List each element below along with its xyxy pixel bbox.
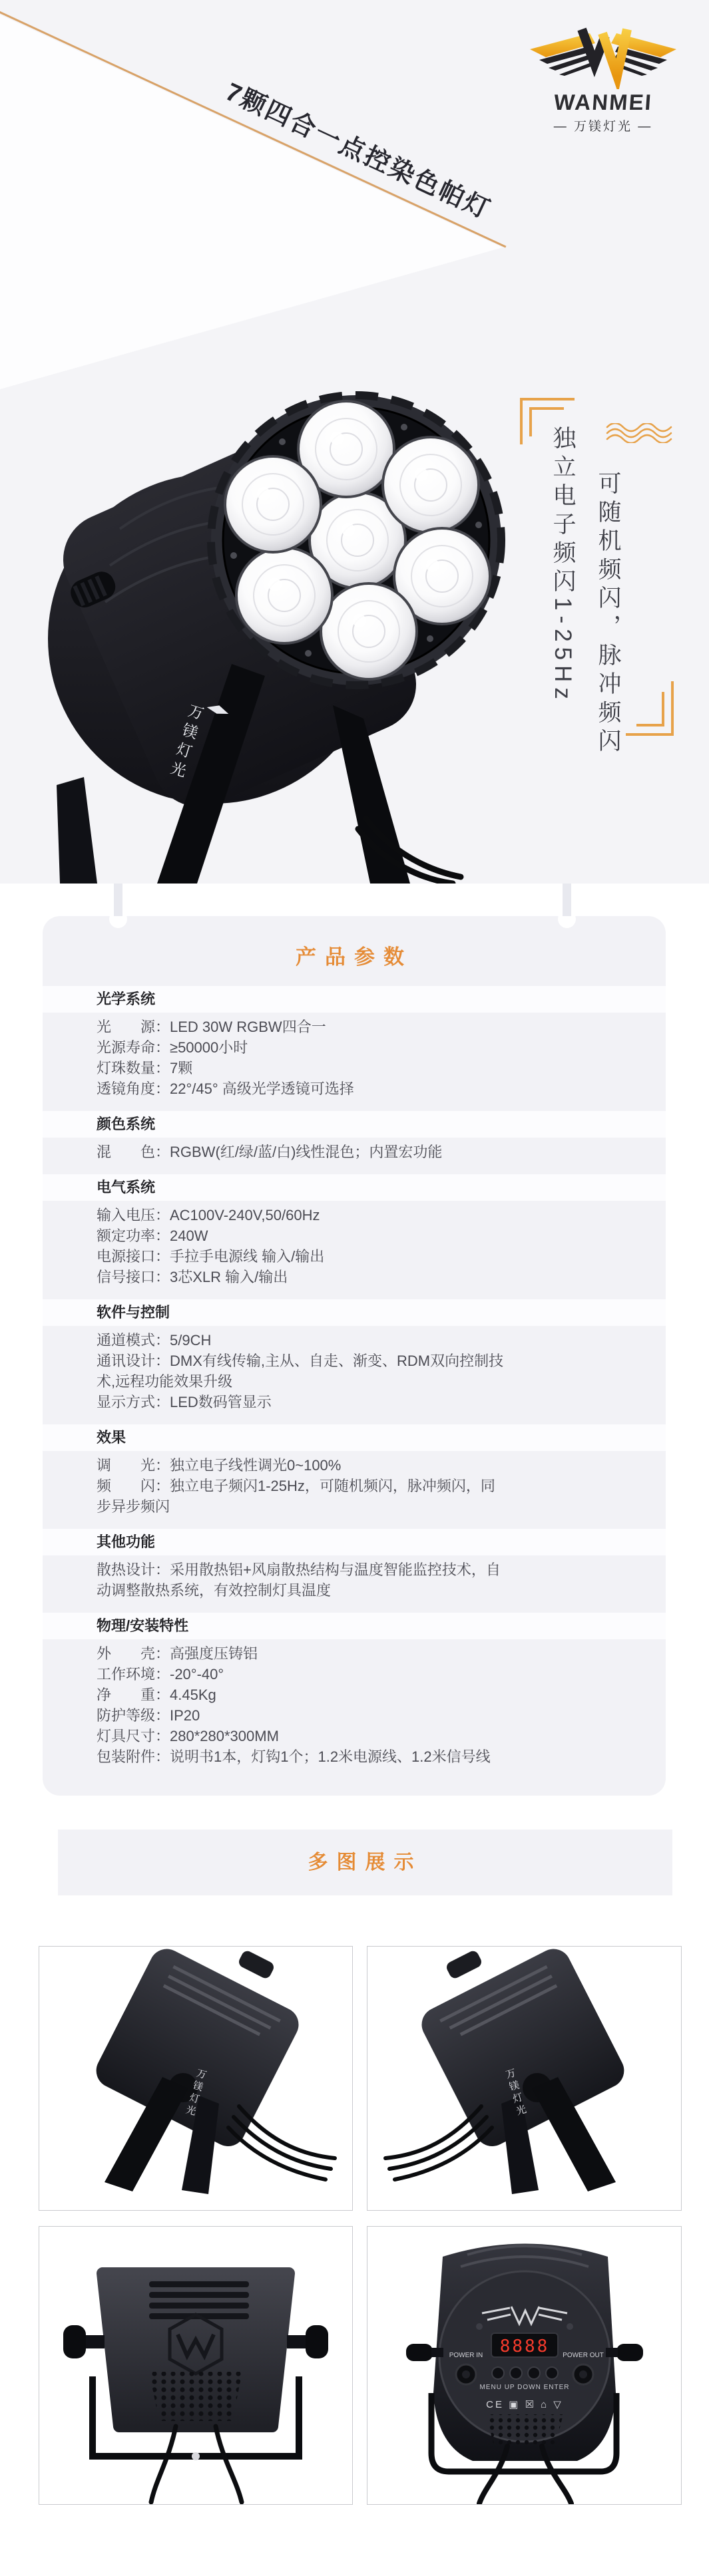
param-section: 光学系统 光 源：LED 30W RGBW四合一光源寿命：≥50000小时灯珠数… — [43, 986, 666, 1111]
wave-icon — [606, 423, 674, 443]
param-row: 工作环境：-20°-40° — [97, 1664, 509, 1685]
param-section: 其他功能 散热设计：采用散热铝+风扇散热结构与温度智能监控技术，自动调整散热系统… — [43, 1529, 666, 1613]
param-section-rows: 混 色：RGBW(红/绿/蓝/白)线性混色；内置宏功能 — [43, 1138, 666, 1174]
param-row: 净 重：4.45Kg — [97, 1685, 509, 1705]
slogan-strobe-modes: 可随机频闪，脉冲频闪 — [591, 471, 624, 757]
product-params-card: 产品参数 光学系统 光 源：LED 30W RGBW四合一光源寿命：≥50000… — [43, 916, 666, 1796]
param-row: 透镜角度：22°/45° 高级光学透镜可选择 — [97, 1078, 509, 1099]
gallery-title-band: 多图展示 — [58, 1830, 672, 1895]
param-row: 信号接口：3芯XLR 输入/输出 — [97, 1267, 509, 1287]
param-section: 效果 调 光：独立电子线性调光0~100%频 闪：独立电子频闪1-25Hz，可随… — [43, 1424, 666, 1529]
corner-bracket-br-icon — [624, 680, 674, 736]
slogan-strobe-range: 独立电子频闪1-25Hz — [546, 426, 579, 705]
param-row: 混 色：RGBW(红/绿/蓝/白)线性混色；内置宏功能 — [97, 1142, 509, 1162]
param-section-rows: 外 壳：高强度压铸铝工作环境：-20°-40°净 重：4.45Kg防护等级：IP… — [43, 1639, 666, 1779]
param-row: 外 壳：高强度压铸铝 — [97, 1643, 509, 1664]
param-row: 通道模式：5/9CH — [97, 1330, 509, 1351]
param-row: 额定功率：240W — [97, 1225, 509, 1246]
product-photo-main — [20, 359, 513, 884]
param-row: 频 闪：独立电子频闪1-25Hz，可随机频闪，脉冲频闪，同步异步频闪 — [97, 1476, 509, 1517]
param-section: 物理/安装特性 外 壳：高强度压铸铝工作环境：-20°-40°净 重：4.45K… — [43, 1613, 666, 1779]
param-row: 散热设计：采用散热铝+风扇散热结构与温度智能监控技术，自动调整散热系统，有效控制… — [97, 1559, 509, 1601]
param-section-rows: 输入电压：AC100V-240V,50/60Hz额定功率：240W电源接口：手拉… — [43, 1201, 666, 1299]
param-section-title: 其他功能 — [43, 1529, 666, 1555]
param-section-rows: 光 源：LED 30W RGBW四合一光源寿命：≥50000小时灯珠数量：7颗透… — [43, 1013, 666, 1111]
led-display: 8888 — [500, 2336, 550, 2356]
param-section: 电气系统 输入电压：AC100V-240V,50/60Hz额定功率：240W电源… — [43, 1174, 666, 1299]
param-row: 光 源：LED 30W RGBW四合一 — [97, 1017, 509, 1037]
power-in-label: POWER IN — [449, 2352, 483, 2359]
param-row: 灯珠数量：7颗 — [97, 1058, 509, 1078]
param-row: 调 光：独立电子线性调光0~100% — [97, 1455, 509, 1476]
gallery-title: 多图展示 — [58, 1830, 672, 1895]
param-row: 灯具尺寸：280*280*300MM — [97, 1726, 509, 1746]
param-section-title: 物理/安装特性 — [43, 1613, 666, 1639]
param-row: 输入电压：AC100V-240V,50/60Hz — [97, 1205, 509, 1225]
param-row: 通讯设计：DMX有线传输,主从、自走、渐变、RDM双向控制技术,远程功能效果升级 — [97, 1351, 509, 1392]
brand-logo: WANMEI — 万镁灯光 — — [526, 20, 680, 134]
param-sections: 光学系统 光 源：LED 30W RGBW四合一光源寿命：≥50000小时灯珠数… — [43, 986, 666, 1779]
product-detail-page: 7颗四合一点控染色帕灯 — [0, 0, 709, 2576]
brand-name: WANMEI — [525, 90, 682, 115]
param-section: 软件与控制 通道模式：5/9CH通讯设计：DMX有线传输,主从、自走、渐变、RD… — [43, 1299, 666, 1424]
gallery-image-side-right — [367, 1946, 682, 2211]
hero-section: 7颗四合一点控染色帕灯 — [0, 0, 709, 884]
wanmei-wings-icon — [526, 20, 680, 89]
param-section-title: 效果 — [43, 1424, 666, 1451]
power-out-label: POWER OUT — [563, 2352, 604, 2359]
button-labels: MENU UP DOWN ENTER — [479, 2384, 569, 2391]
param-section-rows: 散热设计：采用散热铝+风扇散热结构与温度智能监控技术，自动调整散热系统，有效控制… — [43, 1555, 666, 1613]
param-section-rows: 通道模式：5/9CH通讯设计：DMX有线传输,主从、自走、渐变、RDM双向控制技… — [43, 1326, 666, 1424]
param-section-title: 电气系统 — [43, 1174, 666, 1201]
brand-name-chinese: — 万镁灯光 — — [526, 116, 680, 134]
param-section-rows: 调 光：独立电子线性调光0~100%频 闪：独立电子频闪1-25Hz，可随机频闪… — [43, 1451, 666, 1529]
cert-marks: CE ▣ ☒ ⌂ ▽ — [486, 2399, 563, 2410]
param-row: 光源寿命：≥50000小时 — [97, 1037, 509, 1058]
gallery-image-rear-horizontal — [39, 2226, 353, 2505]
param-row: 显示方式：LED数码管显示 — [97, 1392, 509, 1412]
param-row: 防护等级：IP20 — [97, 1705, 509, 1726]
param-section: 颜色系统 混 色：RGBW(红/绿/蓝/白)线性混色；内置宏功能 — [43, 1111, 666, 1174]
param-row: 电源接口：手拉手电源线 输入/输出 — [97, 1246, 509, 1267]
param-row: 包装附件：说明书1本，灯钩1个；1.2米电源线、1.2米信号线 — [97, 1746, 509, 1767]
gallery-image-rear-upright: 8888 MENU UP DOWN ENTER POWER IN POWER O… — [367, 2226, 682, 2505]
param-section-title: 软件与控制 — [43, 1299, 666, 1326]
param-section-title: 颜色系统 — [43, 1111, 666, 1138]
param-section-title: 光学系统 — [43, 986, 666, 1013]
